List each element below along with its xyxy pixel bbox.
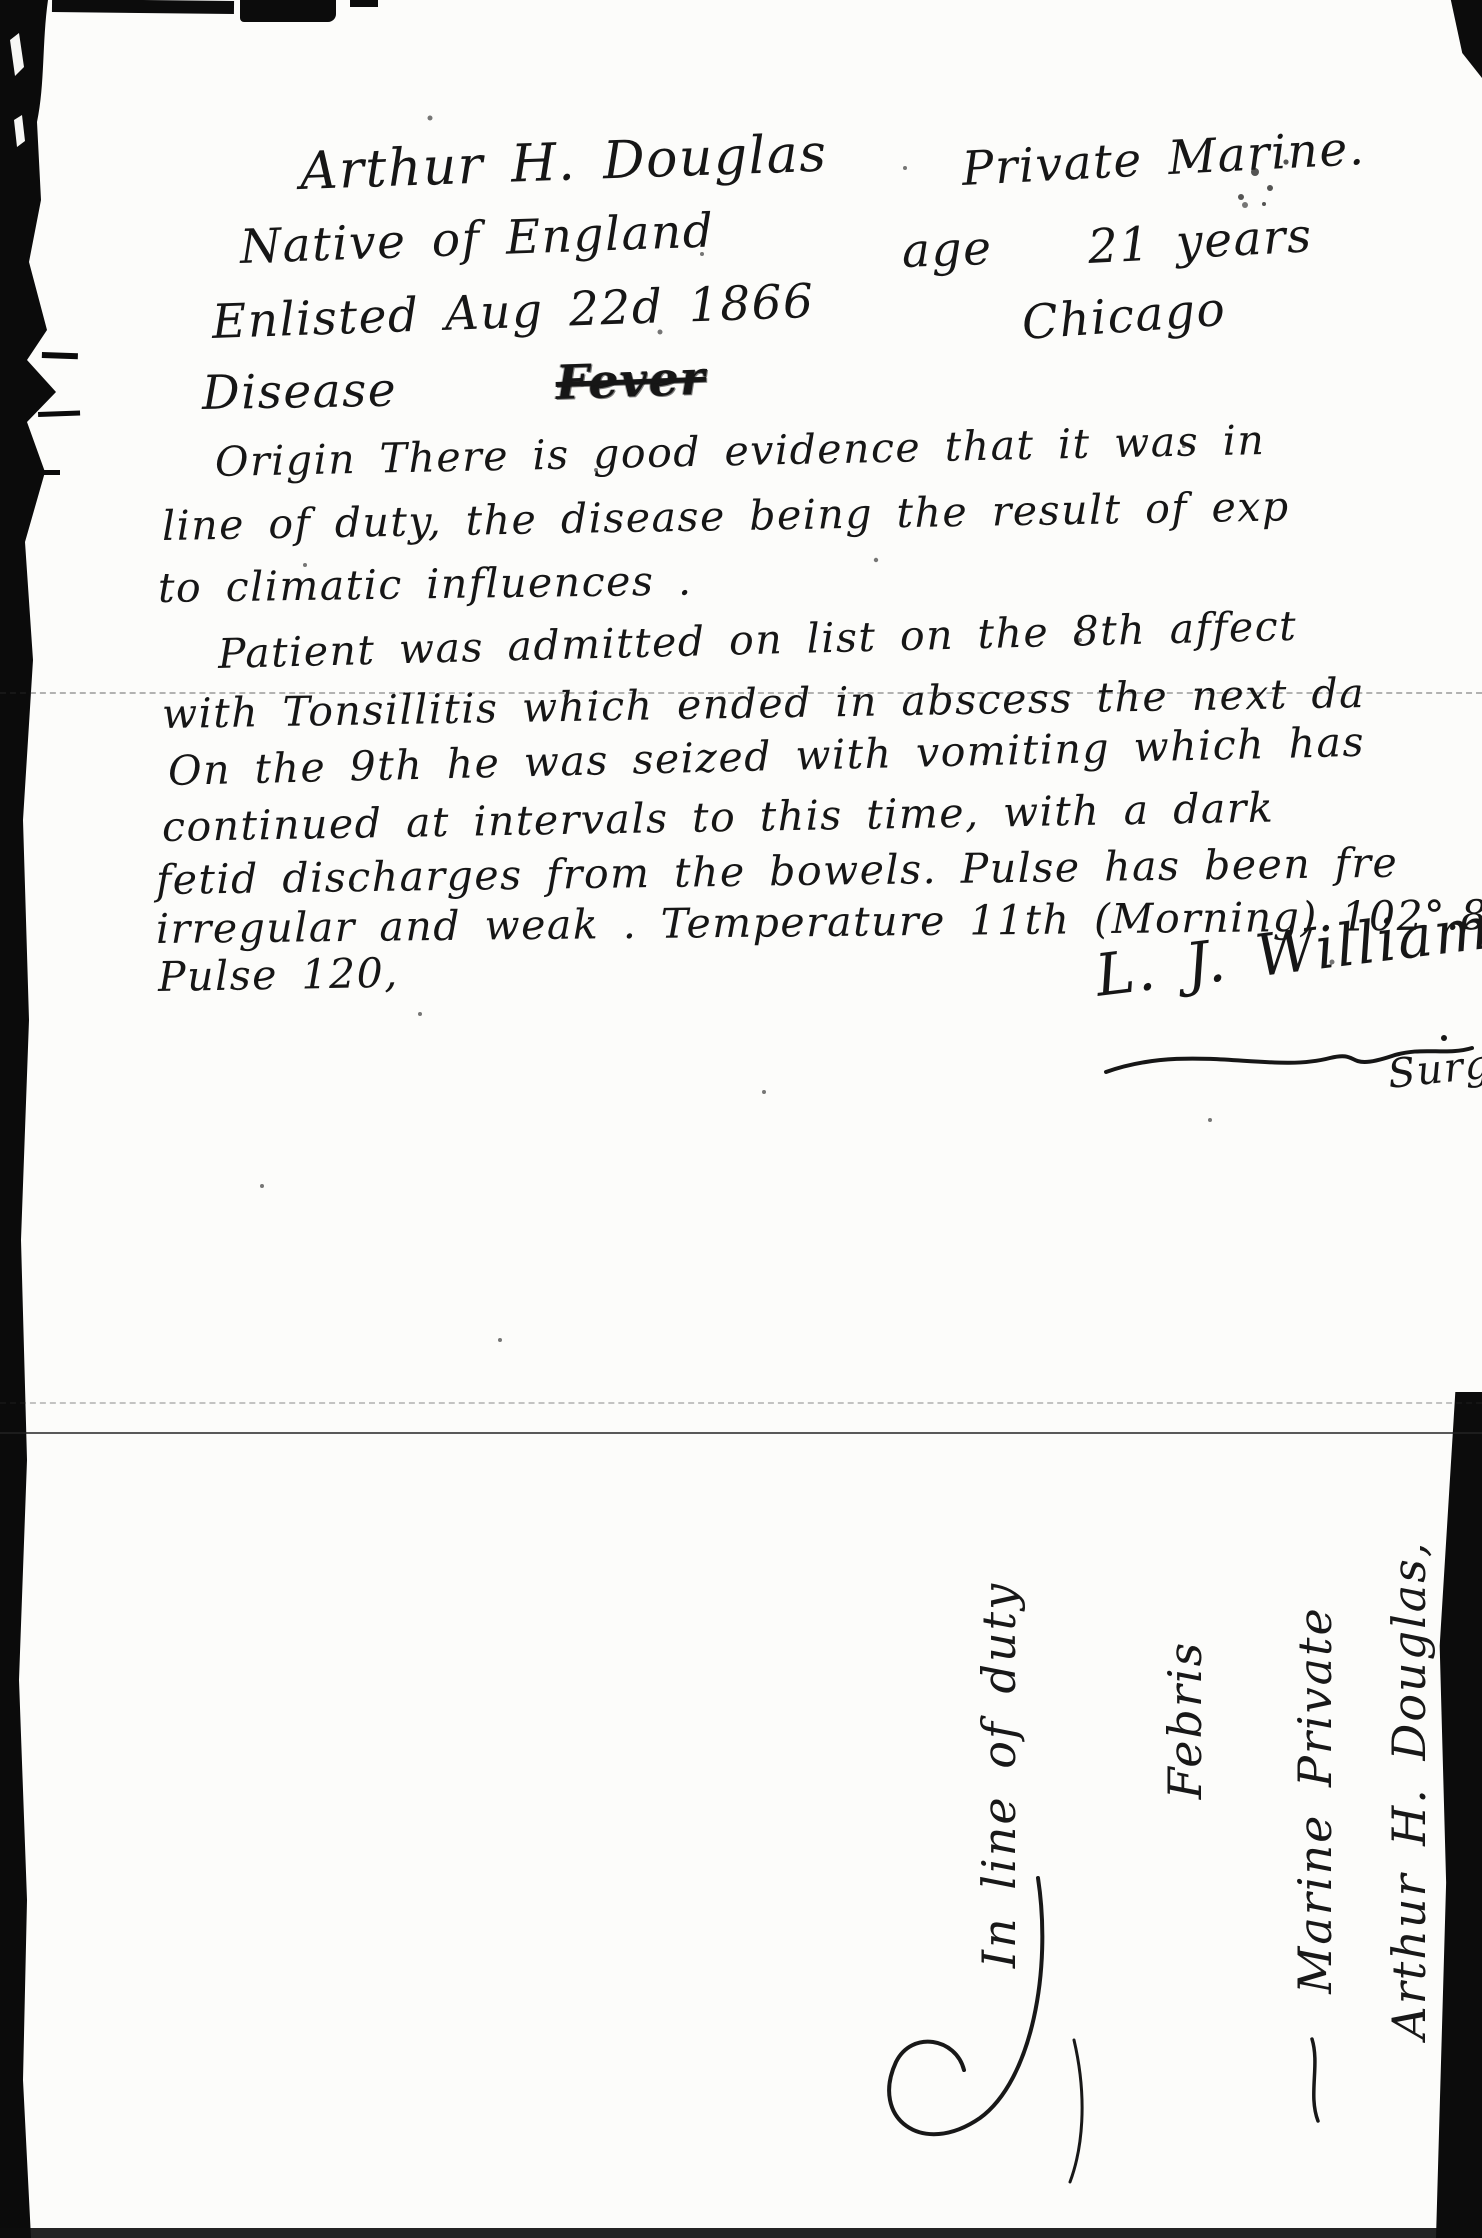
endorsement-rank: Marine Private: [1288, 1540, 1348, 2060]
surgeon-title: Surg: [1386, 1041, 1482, 1098]
enlistment: Enlisted Aug 22d 1866: [211, 274, 815, 350]
endorsement-disease: Febris: [1158, 1570, 1218, 1870]
nativity: Native of England: [239, 203, 715, 275]
age-value: 21 years: [1087, 208, 1314, 275]
ruling-flourish: [860, 1860, 1120, 2200]
pulse-line: Pulse 120,: [158, 949, 400, 1001]
top-right-corner-mark: [1444, 0, 1482, 78]
enlistment-place: Chicago: [1020, 282, 1228, 351]
top-edge-mark: [52, 0, 234, 14]
bottom-edge-mark: [0, 2228, 1482, 2238]
patient-name: Arthur H. Douglas: [299, 124, 828, 202]
endorsement-rank-flourish: [1290, 2035, 1340, 2125]
right-edge-strip: [1436, 1392, 1482, 2238]
fold-line-middle: [0, 1432, 1482, 1434]
top-edge-mark: [350, 0, 378, 7]
origin-line: to climatic influences .: [158, 557, 693, 612]
scanned-medical-record: Arthur H. Douglas Private Marine. Native…: [0, 0, 1482, 2238]
origin-line: line of duty, the disease being the resu…: [162, 482, 1290, 550]
fold-line-middle-faint: [0, 1402, 1482, 1404]
age-label: age: [901, 221, 993, 279]
top-edge-mark: [240, 0, 336, 22]
disease-label: Disease: [202, 363, 398, 421]
progress-line: Patient was admitted on list on the 8th …: [217, 602, 1297, 678]
origin-line: Origin There is good evidence that it wa…: [214, 416, 1265, 486]
disease-value: Fever: [555, 351, 707, 411]
binding-edge: [0, 0, 90, 2238]
progress-line: continued at intervals to this time, wit…: [162, 784, 1275, 851]
endorsement-name: Arthur H. Douglas,: [1382, 1470, 1442, 2110]
patient-rank: Private Marine.: [961, 121, 1367, 197]
